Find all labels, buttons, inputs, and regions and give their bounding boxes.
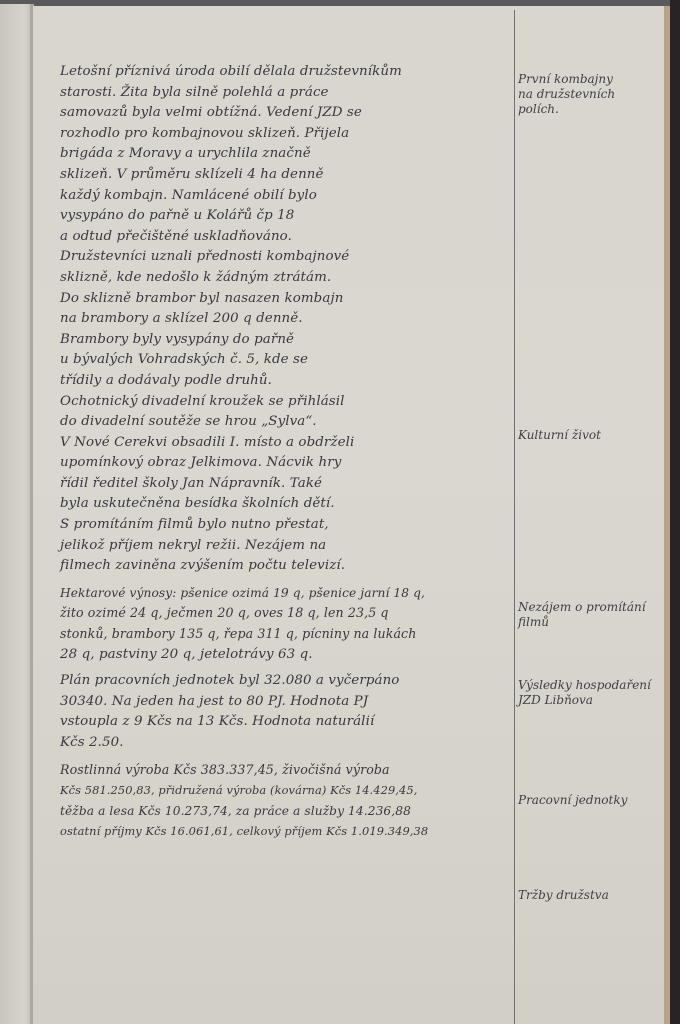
margin-note-work-units: Pracovní jednotky — [518, 793, 627, 808]
text-line: jelikož příjem nekryl režii. Nezájem na — [60, 536, 515, 557]
left-page-edge — [0, 4, 34, 1024]
text-line: vstoupla z 9 Kčs na 13 Kčs. Hodnota natu… — [60, 712, 515, 733]
text-line: na brambory a sklízel 200 q denně. — [60, 309, 515, 330]
text-line: žito ozimé 24 q, ječmen 20 q, oves 18 q,… — [60, 603, 515, 624]
text-line: samovazů byla velmi obtížná. Vedení JZD … — [60, 103, 515, 124]
text-line: Ochotnický divadelní kroužek se přihlási… — [60, 392, 515, 413]
text-line: u bývalých Vohradských č. 5, kde se — [60, 350, 515, 371]
margin-note-first-combines: První kombajny na družstevních polích. — [518, 72, 615, 117]
text-line: 30340. Na jeden ha jest to 80 PJ. Hodnot… — [60, 692, 515, 713]
margin-note-cultural-life: Kulturní život — [518, 428, 601, 443]
text-line: každý kombajn. Namlácené obilí bylo — [60, 186, 515, 207]
text-line: byla uskutečněna besídka školních dětí. — [60, 494, 515, 515]
text-line: ostatní příjmy Kčs 16.061,61, celkový př… — [60, 821, 515, 842]
margin-note-film-disinterest: Nezájem o promítání filmů — [518, 600, 646, 630]
book-cover — [670, 0, 680, 1024]
text-line: třídily a dodávaly podle druhů. — [60, 371, 515, 392]
text-line: těžba a lesa Kčs 10.273,74, za práce a s… — [60, 801, 515, 822]
text-line: S promítáním filmů bylo nutno přestat, — [60, 515, 515, 536]
text-line: a odtud přečištěné uskladňováno. — [60, 227, 515, 248]
text-line: Do sklizně brambor byl nasazen kombajn — [60, 289, 515, 310]
margin-note-revenues: Tržby družstva — [518, 888, 609, 903]
text-line: do divadelní soutěže se hrou „Sylva“. — [60, 412, 515, 433]
chronicle-body-text: Letošní příznivá úroda obilí dělala druž… — [60, 62, 515, 842]
text-line: brigáda z Moravy a urychlila značně — [60, 144, 515, 165]
text-line: Kčs 581.250,83, přidružená výroba (kovár… — [60, 780, 515, 801]
text-line: filmech zaviněna zvýšením počtu televizí… — [60, 556, 515, 577]
text-line: vysypáno do pařně u Kolářů čp 18 — [60, 206, 515, 227]
text-line: řídil ředitel školy Jan Nápravník. Také — [60, 474, 515, 495]
text-line: V Nové Cerekvi obsadili I. místo a obdrž… — [60, 433, 515, 454]
text-line: Plán pracovních jednotek byl 32.080 a vy… — [60, 671, 515, 692]
text-line: sklizně, kde nedošlo k žádným ztrátám. — [60, 268, 515, 289]
text-line: Kčs 2.50. — [60, 733, 515, 754]
book-spread: Letošní příznivá úroda obilí dělala druž… — [0, 0, 680, 1024]
text-line: sklizeň. V průměru sklízeli 4 ha denně — [60, 165, 515, 186]
text-line: Brambory byly vysypány do pařně — [60, 330, 515, 351]
margin-note-farm-results: Výsledky hospodaření JZD Libňova — [518, 678, 651, 708]
text-line: Družstevníci uznali přednosti kombajnové — [60, 247, 515, 268]
text-line: starosti. Žita byla silně polehlá a prác… — [60, 83, 515, 104]
text-line: 28 q, pastviny 20 q, jetelotrávy 63 q. — [60, 645, 515, 666]
text-line: Rostlinná výroba Kčs 383.337,45, živočiš… — [60, 760, 515, 781]
text-line: stonků, brambory 135 q, řepa 311 q, pícn… — [60, 624, 515, 645]
text-line: upomínkový obraz Jelkimova. Nácvik hry — [60, 453, 515, 474]
text-line: rozhodlo pro kombajnovou sklizeň. Přijel… — [60, 124, 515, 145]
text-line: Hektarové výnosy: pšenice ozimá 19 q, pš… — [60, 583, 515, 604]
text-line: Letošní příznivá úroda obilí dělala druž… — [60, 62, 515, 83]
